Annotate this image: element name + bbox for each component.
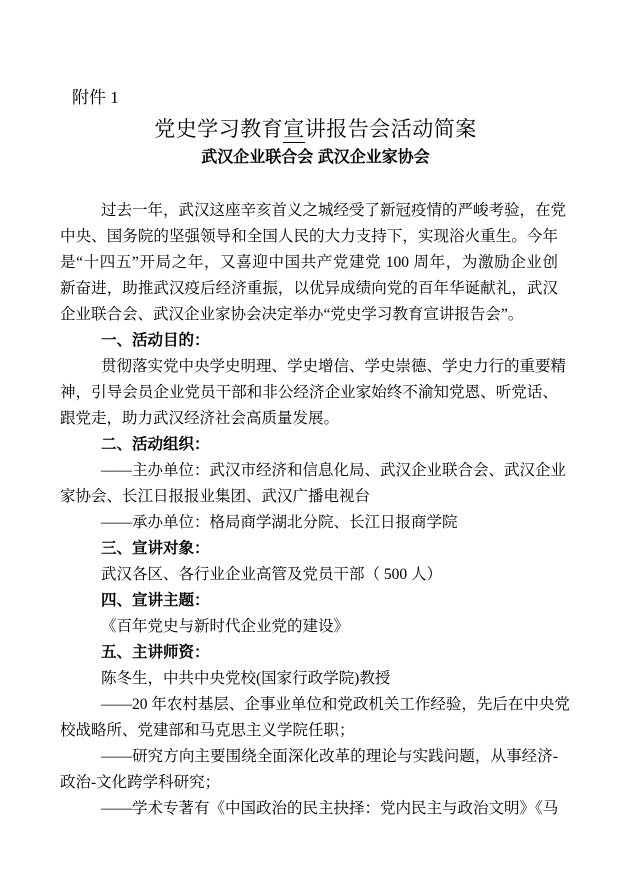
body-line: 新奋进，助推武汉疫后经济重振，以优异成绩向党的百年华诞献礼，武汉 <box>60 276 558 302</box>
document-body: 过去一年，武汉这座辛亥首义之城经受了新冠疫情的严峻考验，在党中央、国务院的坚强领… <box>60 198 558 822</box>
document-page: 附件 1 党史学习教育宣讲报告会活动简案 武汉企业联合会 武汉企业家协会 过去一… <box>0 0 631 894</box>
body-line: 校战略所、党建部和马克思主义学院任职； <box>60 718 558 744</box>
body-line: ——学术专著有《中国政治的民主抉择：党内民主与政治文明》《马 <box>60 796 558 822</box>
section-heading: 三、宣讲对象： <box>60 536 558 562</box>
body-line: 《百年党史与新时代企业党的建设》 <box>60 614 558 640</box>
body-line: 中央、国务院的坚强领导和全国人民的大力支持下，实现浴火重生。今年 <box>60 224 558 250</box>
section-heading: 二、活动组织： <box>60 432 558 458</box>
body-line: ——研究方向主要围绕全面深化改革的理论与实践问题，从事经济- <box>60 744 558 770</box>
body-line: 企业联合会、武汉企业家协会决定举办“党史学习教育宣讲报告会”。 <box>60 302 558 328</box>
document-title-underlined-char: 宣 <box>283 118 305 143</box>
section-heading: 一、活动目的： <box>60 328 558 354</box>
document-title: 党史学习教育宣讲报告会活动简案 <box>0 117 631 142</box>
section-heading: 五、主讲师资： <box>60 640 558 666</box>
body-line: 陈冬生，中共中央党校(国家行政学院)教授 <box>60 666 558 692</box>
attachment-label: 附件 1 <box>72 88 119 108</box>
body-line: ——承办单位：格局商学湖北分院、长江日报商学院 <box>60 510 558 536</box>
body-line: 跟党走，助力武汉经济社会高质量发展。 <box>60 406 558 432</box>
body-line: ——主办单位：武汉市经济和信息化局、武汉企业联合会、武汉企业 <box>60 458 558 484</box>
body-line: 过去一年，武汉这座辛亥首义之城经受了新冠疫情的严峻考验，在党 <box>60 198 558 224</box>
body-line: 神，引导会员企业党员干部和非公经济企业家始终不渝知党恩、听党话、 <box>60 380 558 406</box>
body-line: 政治-文化跨学科研究； <box>60 770 558 796</box>
section-heading: 四、宣讲主题： <box>60 588 558 614</box>
body-line: 贯彻落实党中央学史明理、学史增信、学史崇德、学史力行的重要精 <box>60 354 558 380</box>
body-line: ——20 年农村基层、企事业单位和党政机关工作经验，先后在中央党 <box>60 692 558 718</box>
document-subtitle: 武汉企业联合会 武汉企业家协会 <box>0 148 631 167</box>
body-line: 是“十四五”开局之年，又喜迎中国共产党建党 100 周年，为激励企业创 <box>60 250 558 276</box>
body-line: 家协会、长江日报报业集团、武汉广播电视台 <box>60 484 558 510</box>
document-title-pre: 党史学习教育 <box>154 118 283 141</box>
body-line: 武汉各区、各行业企业高管及党员干部（ 500 人） <box>60 562 558 588</box>
document-title-post: 讲报告会活动简案 <box>305 118 477 141</box>
